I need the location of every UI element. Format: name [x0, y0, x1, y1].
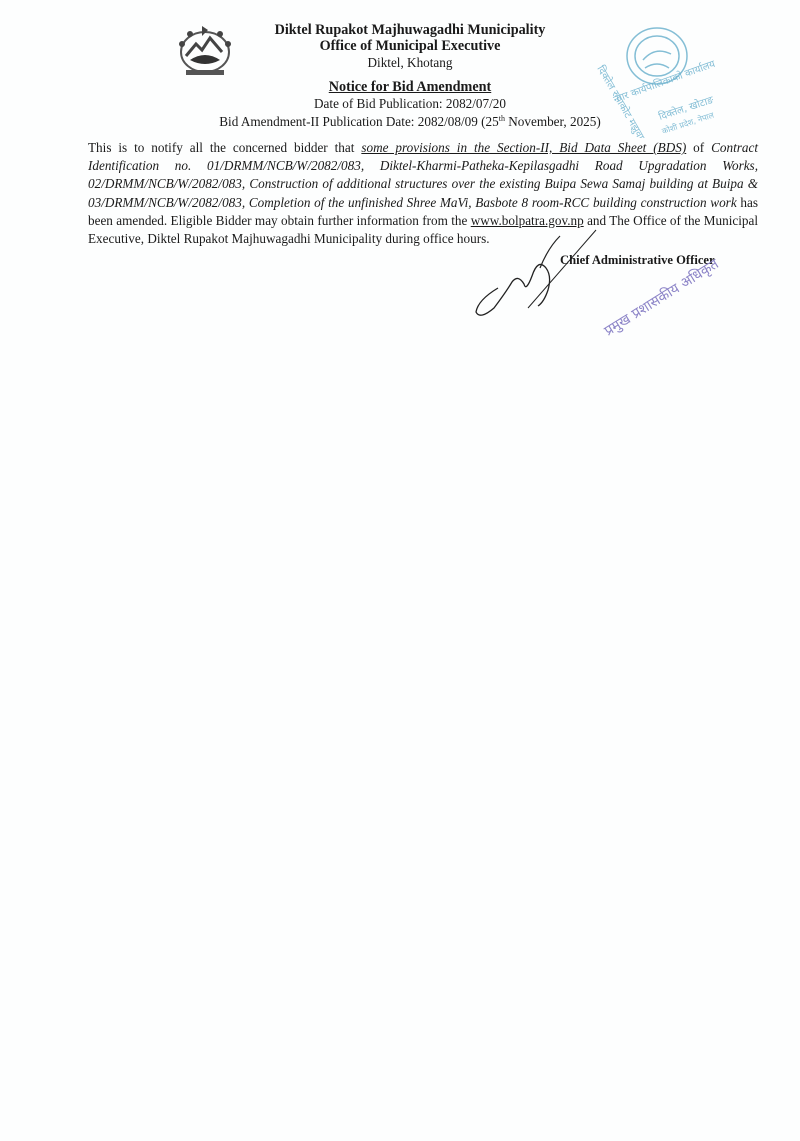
notice-title: Notice for Bid Amendment: [200, 79, 620, 96]
svg-text:प्रमुख प्रशासकीय अधिकृत: प्रमुख प्रशासकीय अधिकृत: [601, 258, 722, 338]
bolpatra-link[interactable]: www.bolpatra.gov.np: [471, 213, 584, 228]
letterhead: Diktel Rupakot Majhuwagadhi Municipality…: [200, 22, 620, 71]
office-stamp-icon: दिक्तेल रुपाकोट मझुवागढी नगरपालिका नगर क…: [585, 8, 730, 138]
office-location: Diktel, Khotang: [200, 54, 620, 71]
officer-seal-icon: प्रमुख प्रशासकीय अधिकृत: [598, 258, 738, 338]
signature-icon: [468, 228, 618, 323]
organization-name: Diktel Rupakot Majhuwagadhi Municipality: [200, 22, 620, 38]
document-page: Diktel Rupakot Majhuwagadhi Municipality…: [0, 0, 800, 1141]
office-name: Office of Municipal Executive: [200, 38, 620, 54]
bds-reference: some provisions in the Section-II, Bid D…: [361, 140, 686, 155]
notice-body: This is to notify all the concerned bidd…: [88, 139, 758, 248]
